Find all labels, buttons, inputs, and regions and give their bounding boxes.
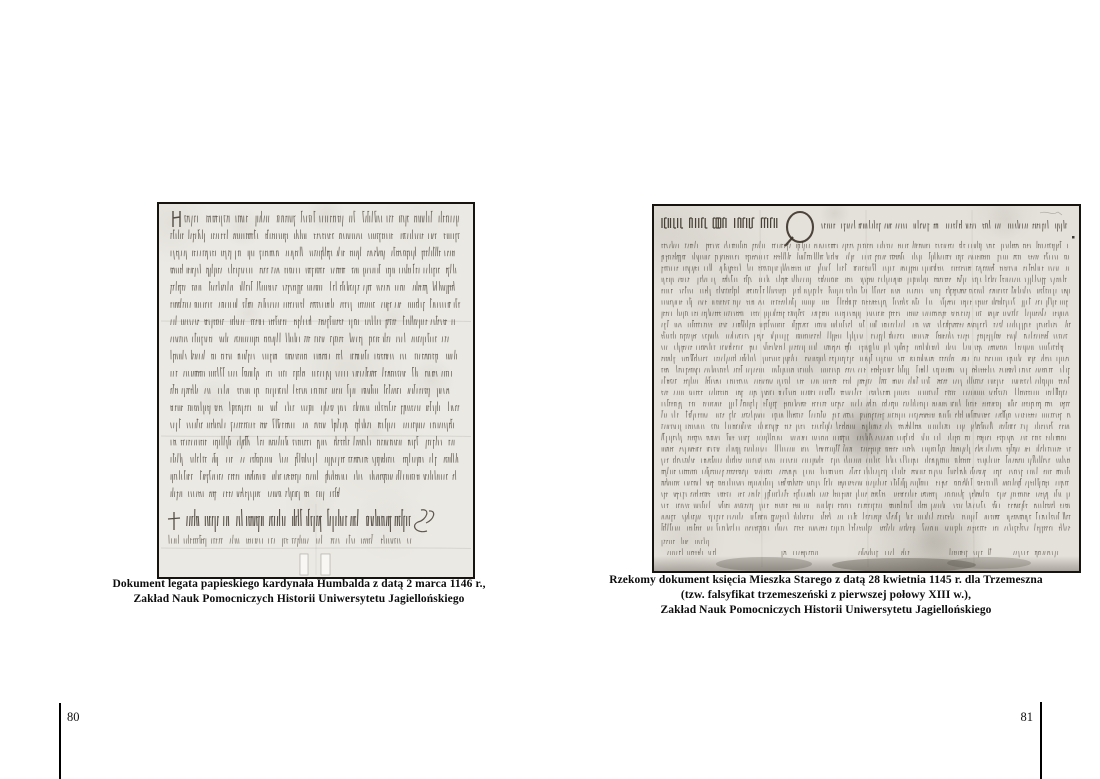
page-number-left: 80 — [67, 710, 80, 724]
caption-right-line-1: Rzekomy dokument księcia Mieszka Starego… — [606, 573, 1046, 588]
caption-right-line-3: Zakład Nauk Pomocniczych Historii Uniwer… — [606, 603, 1046, 618]
figure-caption-left: Dokument legata papieskiego kardynała Hu… — [79, 577, 519, 607]
caption-right-line-2: (tzw. falsyfikat trzemeszeński z pierwsz… — [606, 588, 1046, 603]
page-number-right: 81 — [1000, 710, 1033, 724]
book-spread: Dokument legata papieskiego kardynała Hu… — [0, 0, 1100, 779]
footer-rule-left — [59, 703, 61, 779]
manuscript-mieszko-canvas — [654, 206, 1079, 571]
caption-left-line-2: Zakład Nauk Pomocniczych Historii Uniwer… — [79, 592, 519, 607]
manuscript-humbald-canvas — [159, 204, 473, 577]
footer-rule-right — [1040, 702, 1042, 779]
manuscript-photo-mieszko — [652, 204, 1081, 573]
figure-caption-right: Rzekomy dokument księcia Mieszka Starego… — [606, 573, 1046, 618]
caption-left-line-1: Dokument legata papieskiego kardynała Hu… — [79, 577, 519, 592]
manuscript-photo-humbald — [157, 202, 475, 579]
